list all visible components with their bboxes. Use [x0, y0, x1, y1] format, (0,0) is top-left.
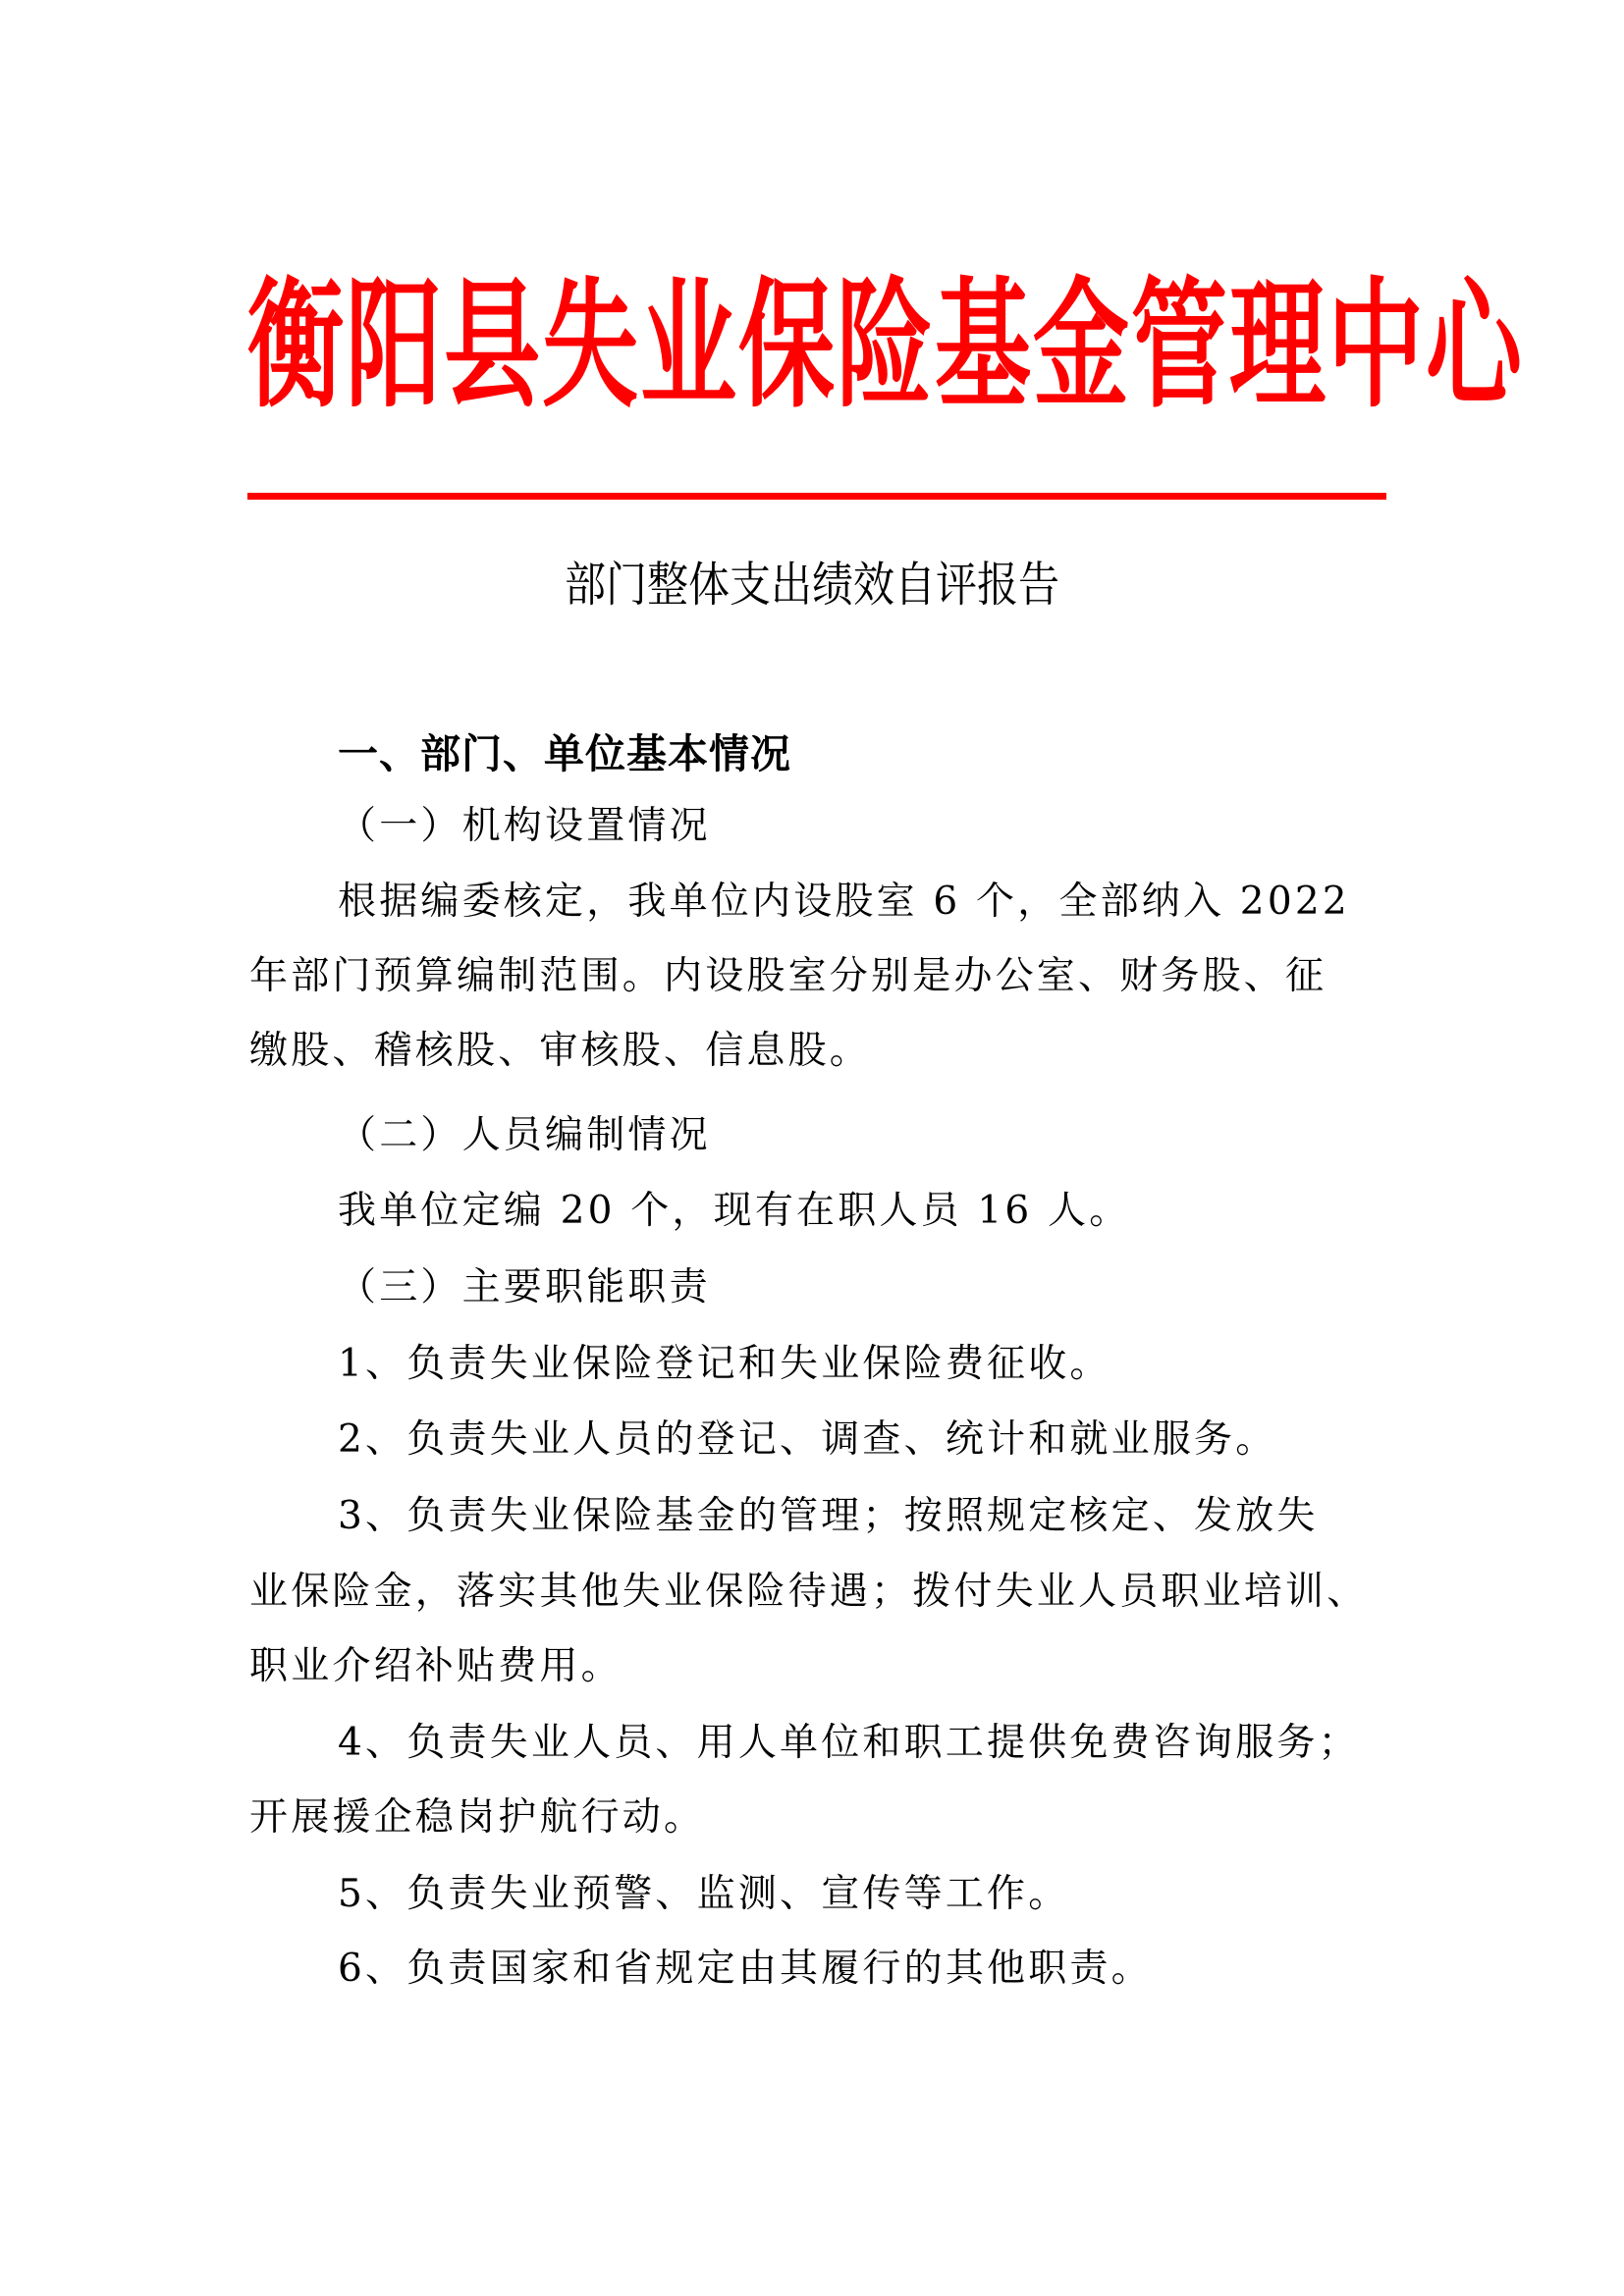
duty-item-continuation: 业保险金，落实其他失业保险待遇；拨付失业人员职业培训、: [249, 1569, 1368, 1616]
duty-item: 2、负责失业人员的登记、调查、统计和就业服务。: [249, 1416, 1276, 1464]
duty-item: 6、负责国家和省规定由其履行的其他职责。: [249, 1946, 1153, 1993]
section-heading: 一、部门、单位基本情况: [249, 730, 791, 777]
document-page: 衡阳县失业保险基金管理中心 部门整体支出绩效自评报告 一、部门、单位基本情况 （…: [0, 0, 1624, 2296]
letterhead-divider: [247, 493, 1386, 500]
paragraph-line: 根据编委核定，我单位内设股室 6 个，全部纳入 2022: [249, 879, 1350, 926]
paragraph-line: 缴股、稽核股、审核股、信息股。: [249, 1028, 871, 1075]
duty-item: 3、负责失业保险基金的管理；按照规定核定、发放失: [249, 1493, 1319, 1540]
duty-item: 5、负责失业预警、监测、宣传等工作。: [249, 1871, 1069, 1918]
document-title: 部门整体支出绩效自评报告: [0, 552, 1624, 619]
duty-item-continuation: 开展援企稳岗护航行动。: [249, 1794, 705, 1842]
subsection-heading: （二）人员编制情况: [249, 1112, 711, 1159]
paragraph-line: 我单位定编 20 个，现有在职人员 16 人。: [249, 1188, 1130, 1235]
paragraph-line: 年部门预算编制范围。内设股室分别是办公室、财务股、征: [249, 953, 1326, 1000]
subsection-heading: （三）主要职能职责: [249, 1264, 711, 1311]
duty-item: 1、负责失业保险登记和失业保险费征收。: [249, 1341, 1111, 1388]
duty-item: 4、负责失业人员、用人单位和职工提供免费咨询服务；: [249, 1720, 1360, 1767]
subsection-heading: （一）机构设置情况: [249, 803, 711, 850]
organization-letterhead: 衡阳县失业保险基金管理中心: [247, 226, 1377, 468]
duty-item-continuation: 职业介绍补贴费用。: [249, 1643, 623, 1690]
